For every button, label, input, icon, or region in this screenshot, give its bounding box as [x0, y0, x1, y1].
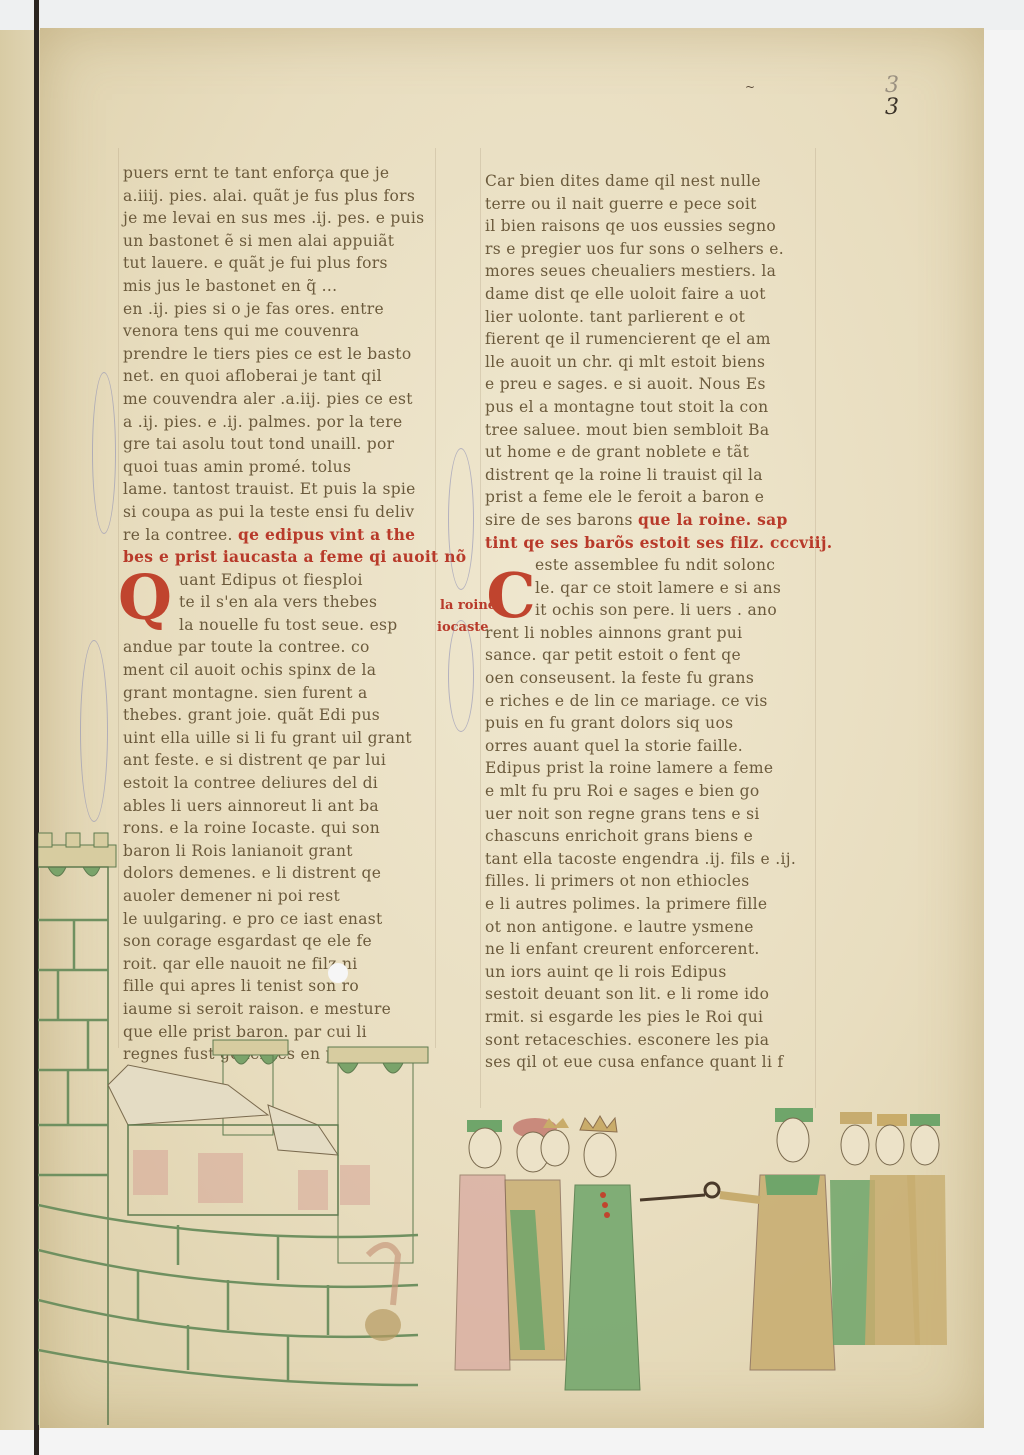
text-line: filles. li primers ot non ethiocles: [485, 870, 815, 893]
text-fragment: sire de ses barons: [485, 511, 633, 529]
pen-flourish: [80, 640, 108, 822]
text-line: prist a feme ele le feroit a baron e: [485, 486, 815, 509]
text-fragment: re la contree.: [123, 526, 233, 544]
text-line: il bien raisons qe uos eussies segno: [485, 215, 815, 238]
text-line: andue par toute la contree. co: [123, 636, 438, 659]
text-line: tree saluee. mout bien sembloit Ba: [485, 419, 815, 442]
key-exchange-scene: [445, 1100, 975, 1400]
decorated-initial-c: C: [485, 565, 537, 627]
text-line: ot non antigone. e lautre ysmene: [485, 916, 815, 939]
text-line: e preu e sages. e si auoit. Nous Es: [485, 373, 815, 396]
text-line: je me levai en sus mes .ij. pes. e puis: [123, 207, 438, 230]
text-line: Car bien dites dame qil nest nulle: [485, 170, 815, 193]
text-line: gre tai asolu tout tond unaill. por: [123, 433, 438, 456]
folio-number-pencil: 3: [885, 75, 899, 97]
text-line: sire de ses barons que la roine. sap: [485, 509, 815, 532]
text-line: rmit. si esgarde les pies le Roi qui: [485, 1006, 815, 1029]
text-line: mores seues cheualiers mestiers. la: [485, 260, 815, 283]
key-icon: [640, 1183, 719, 1200]
text-line: grant montagne. sien furent a: [123, 682, 438, 705]
decorated-initial-q: Q: [118, 567, 170, 629]
text-line: Edipus prist la roine lamere a feme: [485, 757, 815, 780]
text-line: pus el a montagne tout stoit la con: [485, 396, 815, 419]
folio-number: 3 3: [885, 75, 899, 119]
text-line: puis en fu grant dolors siq uos: [485, 712, 815, 735]
text-line: lier uolonte. tant parlierent e ot: [485, 306, 815, 329]
text-line: lame. tantost trauist. Et puis la spie: [123, 478, 438, 501]
text-line: ut home e de grant noblete e tãt: [485, 441, 815, 464]
text-line: chascuns enrichoit grans biens e: [485, 825, 815, 848]
text-line: oen conseusent. la feste fu grans: [485, 667, 815, 690]
text-line: a.iiij. pies. alai. quãt je fus plus for…: [123, 185, 438, 208]
text-line: en .ij. pies si o je fas ores. entre: [123, 298, 438, 321]
text-line: fierent qe il rumencierent qe el am: [485, 328, 815, 351]
scan-backdrop: [0, 0, 1024, 30]
text-line: sont retaceschies. esconere les pia: [485, 1029, 815, 1052]
text-line: a .ij. pies. e .ij. palmes. por la tere: [123, 411, 438, 434]
text-line: mis jus le bastonet en q̃ ...: [123, 275, 438, 298]
text-line: rs e pregier uos fur sons o selhers e.: [485, 238, 815, 261]
text-line: e riches e de lin ce mariage. ce vis: [485, 690, 815, 713]
rubric: que la roine. sap: [638, 510, 788, 529]
text-line: terre ou il nait guerre e pece soit: [485, 193, 815, 216]
text-line: tant ella tacoste engendra .ij. fils e .…: [485, 848, 815, 871]
text-line: dame dist qe elle uoloit faire a uot: [485, 283, 815, 306]
text-line: ables li uers ainnoreut li ant ba: [123, 795, 438, 818]
text-line: prendre le tiers pies ce est le basto: [123, 343, 438, 366]
text-line: ses qil ot eue cusa enfance quant li f: [485, 1051, 815, 1074]
queen-figure: [565, 1116, 640, 1390]
courtier-left: [455, 1120, 510, 1370]
text-line: sestoit deuant son lit. e li rome ido: [485, 983, 815, 1006]
pen-flourish: [448, 620, 474, 732]
rubric-line: tint qe ses barõs estoit ses filz. cccvi…: [485, 532, 815, 555]
text-line: me couvendra aler .a.iij. pies ce est: [123, 388, 438, 411]
king-figure: [720, 1108, 835, 1370]
text-line: ment cil auoit ochis spinx de la: [123, 659, 438, 682]
text-line: e li autres polimes. la primere fille: [485, 893, 815, 916]
text-line: lle auoit un chr. qi mlt estoit biens: [485, 351, 815, 374]
text-line: uint ella uille si li fu grant uil grant: [123, 727, 438, 750]
text-line: estoit la contree deliures del di: [123, 772, 438, 795]
text-line: distrent qe la roine li trauist qil la: [485, 464, 815, 487]
text-line: re la contree. qe edipus vint a the: [123, 524, 438, 547]
text-line: net. en quoi afloberai je tant qil: [123, 365, 438, 388]
text-line: ne li enfant creurent enforcerent.: [485, 938, 815, 961]
text-line: thebes. grant joie. quãt Edi pus: [123, 704, 438, 727]
pen-flourish: [448, 448, 474, 590]
text-line: uer noit son regne grans tens e si: [485, 803, 815, 826]
castle-illustration: [38, 825, 448, 1425]
text-line: quoi tuas amin promé. tolus: [123, 456, 438, 479]
text-line: un bastonet ẽ si men alai appuiãt: [123, 230, 438, 253]
text-line: puers ernt te tant enforça que je: [123, 162, 438, 185]
text-line: e mlt fu pru Roi e sages e bien go: [485, 780, 815, 803]
text-line: orres auant quel la storie faille.: [485, 735, 815, 758]
text-line: si coupa as pui la teste ensi fu deliv: [123, 501, 438, 524]
text-line: venora tens qui me couvenra: [123, 320, 438, 343]
rubric: qe edipus vint a the: [238, 525, 415, 544]
text-line: sance. qar petit estoit o fent qe: [485, 644, 815, 667]
corner-mark: ~: [745, 80, 755, 94]
ruling-line: [815, 148, 816, 1108]
folio-number-ink: 3: [885, 95, 899, 120]
text-line: un iors auint qe li rois Edipus: [485, 961, 815, 984]
text-line: tut lauere. e quãt je fui plus fors: [123, 252, 438, 275]
text-line: ant feste. e si distrent qe par lui: [123, 749, 438, 772]
pen-flourish: [92, 372, 116, 534]
